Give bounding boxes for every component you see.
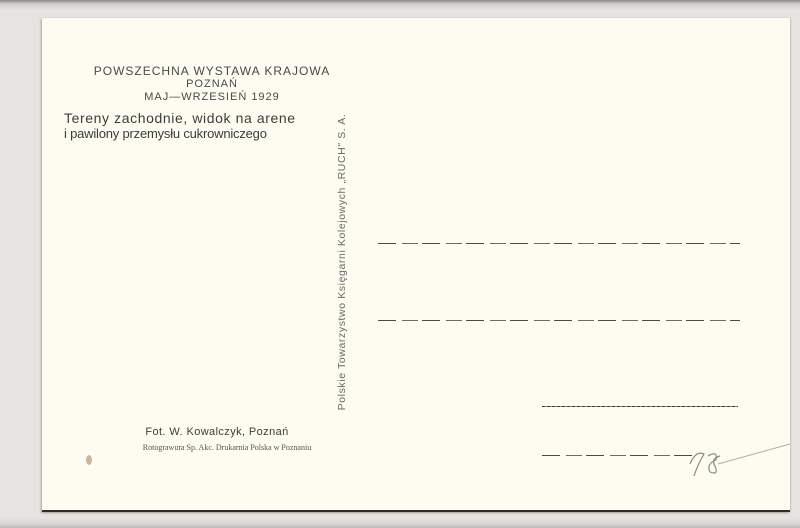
exhibition-city: POZNAŃ [62, 78, 362, 90]
exhibition-dates: MAJ—WRZESIEŃ 1929 [62, 91, 362, 103]
handwritten-number-icon [682, 442, 792, 482]
paper-stain [86, 455, 92, 465]
exhibition-title: POWSZECHNA WYSTAWA KRAJOWA [62, 64, 362, 78]
postcard-back: POWSZECHNA WYSTAWA KRAJOWA POZNAŃ MAJ—WR… [42, 18, 790, 512]
address-line-2 [378, 320, 740, 321]
address-line-4 [542, 455, 692, 456]
address-line-1 [378, 243, 740, 244]
caption-line-2: i pawilony przemysłu cukrowniczego [64, 126, 267, 141]
printer-credit: Rotograwura Sp. Akc. Drukarnia Polska w … [82, 443, 372, 452]
photographer-credit: Fot. W. Kowalczyk, Poznań [82, 426, 352, 438]
publisher-vertical-text: Polskie Towarzystwo Księgarni Kolejowych… [336, 82, 348, 442]
address-line-3 [542, 406, 738, 407]
caption-line-1: Tereny zachodnie, widok na arene [64, 110, 296, 126]
